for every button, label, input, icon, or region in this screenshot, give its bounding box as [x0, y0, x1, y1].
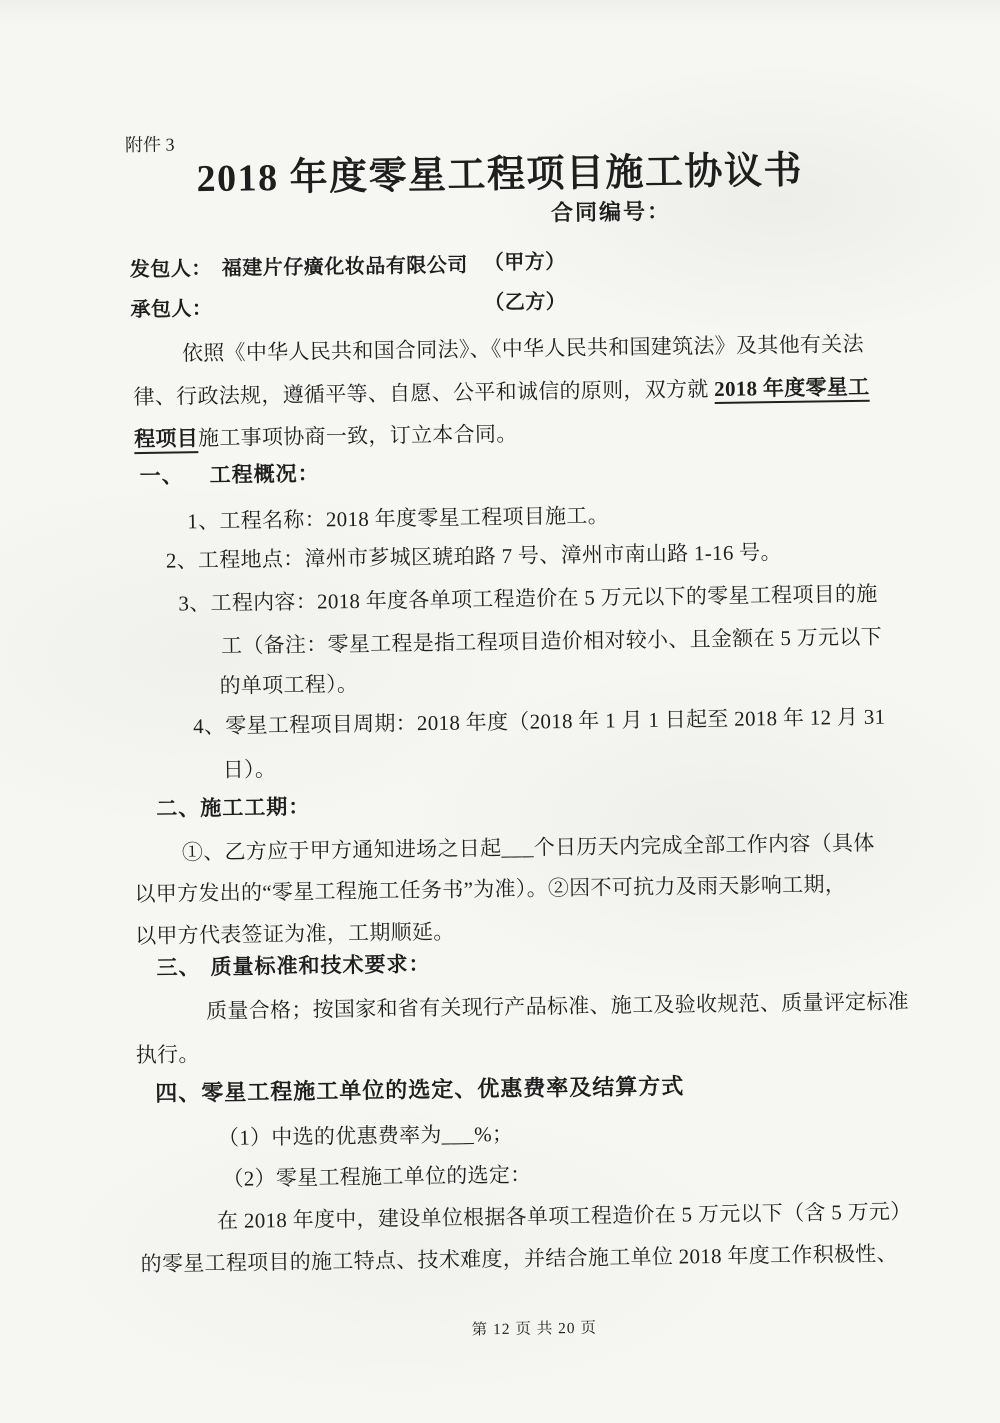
- section1-item4-line1: 4、零星工程项目周期：2018 年度（2018 年 1 月 1 日起至 2018…: [193, 704, 886, 740]
- preamble-line-1: 依照《中华人民共和国合同法》、《中华人民共和国建筑法》及其他有关法: [182, 331, 864, 367]
- section1-item1: 1、工程名称：2018 年度零星工程项目施工。: [187, 502, 609, 534]
- section2-line2: 以甲方发出的“零星工程施工任务书”为准）。②因不可抗力及雨天影响工期，: [134, 871, 846, 907]
- section4-para-line2: 的零星工程项目的施工特点、技术难度，并结合施工单位 2018 年度工作积极性、: [140, 1240, 897, 1277]
- section3-title: 质量标准和技术要求：: [210, 953, 430, 979]
- preamble-line-2-text: 律、行政法规，遵循平等、自愿、公平和诚信的原则，双方就: [133, 377, 714, 409]
- section4-para-line1: 在 2018 年度中，建设单位根据各单项工程造价在 5 万元以下（含 5 万元）: [217, 1198, 912, 1234]
- employer-name: 福建片仔癀化妆品有限公司: [222, 254, 468, 279]
- preamble-line-2: 律、行政法规，遵循平等、自愿、公平和诚信的原则，双方就 2018 年度零星工: [133, 374, 869, 411]
- section4-heading: 四、零星工程施工单位的选定、优惠费率及结算方式: [155, 1072, 684, 1107]
- page-content: 附件 3 2018 年度零星工程项目施工协议书 合同编号： 发包人：福建片仔癀化…: [0, 0, 1000, 1423]
- section1-item3-line1: 3、工程内容：2018 年度各单项工程造价在 5 万元以下的零星工程项目的施: [178, 581, 877, 617]
- section2-line1: ①、乙方应于甲方通知进场之日起___个日历天内完成全部工作内容（具体: [182, 830, 875, 866]
- employer-role: （甲方）: [484, 250, 566, 276]
- contract-number-label: 合同编号：: [551, 198, 671, 227]
- section1-item3-line3: 的单项工程）。: [219, 671, 358, 699]
- employer-label: 发包人：: [130, 258, 212, 281]
- section2-heading: 二、施工工期：: [156, 795, 310, 823]
- contractor-role: （乙方）: [484, 290, 566, 316]
- section4-item1: （1）中选的优惠费率为___%；: [218, 1121, 514, 1151]
- section3-line1: 质量合格；按国家和省有关现行产品标准、施工及验收规范、质量评定标准: [206, 988, 909, 1024]
- section4-item2: （2）零星工程施工单位的选定：: [222, 1162, 531, 1193]
- contractor-label: 承包人：: [130, 298, 212, 321]
- section3-line2: 执行。: [136, 1041, 200, 1068]
- preamble-line-3: 程项目施工事项协商一致，订立本合同。: [134, 421, 518, 453]
- contractor-line: 承包人：（乙方）: [130, 297, 212, 323]
- document-title: 2018 年度零星工程项目施工协议书: [196, 151, 803, 201]
- preamble-line-2-emphasis: 2018 年度零星工: [714, 375, 870, 404]
- section1-number: 一、: [140, 464, 184, 488]
- section3-number: 三、: [156, 956, 200, 980]
- section3-heading: 三、质量标准和技术要求：: [156, 952, 430, 982]
- preamble-line-3-emphasis: 程项目: [134, 426, 198, 454]
- employer-line: 发包人：福建片仔癀化妆品有限公司（甲方）: [130, 253, 468, 283]
- page-number-footer: 第 12 页 共 20 页: [471, 1319, 597, 1340]
- section1-title: 工程概况：: [210, 462, 320, 487]
- section2-line3: 以甲方代表签证为准，工期顺延。: [135, 919, 455, 950]
- section1-heading: 一、工程概况：: [140, 461, 320, 490]
- attachment-label: 附件 3: [125, 133, 175, 156]
- section1-item3-line2: 工（备注：零星工程是指工程项目造价相对较小、且金额在 5 万元以下: [221, 624, 882, 659]
- section1-item4-line2: 日）。: [223, 756, 277, 783]
- section1-item2: 2、工程地点：漳州市芗城区琥珀路 7 号、漳州市南山路 1-16 号。: [166, 539, 782, 574]
- scanned-contract-page: 附件 3 2018 年度零星工程项目施工协议书 合同编号： 发包人：福建片仔癀化…: [0, 0, 1000, 1423]
- preamble-line-3-text: 施工事项协商一致，订立本合同。: [198, 422, 518, 450]
